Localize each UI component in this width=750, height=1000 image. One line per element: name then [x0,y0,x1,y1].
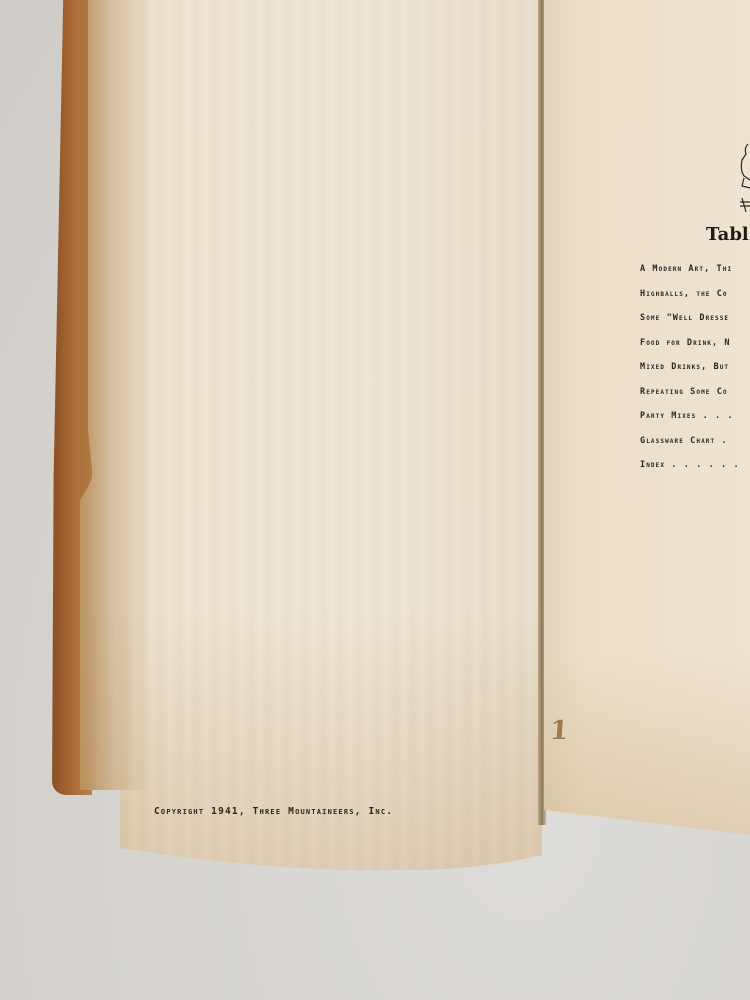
toc-title: Tabl [706,224,749,245]
toc-entry: Food for Drink, N [640,338,740,363]
toc-entry: Repeating Some Co [640,387,740,412]
page-mark: 1 [549,716,569,746]
toc-entry: Mixed Drinks, But [640,362,740,387]
toc-entry: Party Mixes . . . [640,411,740,436]
toc-entry: Glassware Chart . [640,436,740,461]
bartender-figure-icon [734,140,750,215]
toc-entry: Some "Well Dresse [640,313,740,338]
toc-entry: A Modern Art, Thi [640,264,740,289]
copyright-line: Copyright 1941, Three Mountaineers, Inc. [154,806,393,817]
toc-entry: Highballs, the Co [640,289,740,314]
table-of-contents: A Modern Art, Thi Highballs, the Co Some… [640,264,740,485]
toc-entry: Index . . . . . . [640,460,740,485]
left-page-stain [80,0,150,790]
